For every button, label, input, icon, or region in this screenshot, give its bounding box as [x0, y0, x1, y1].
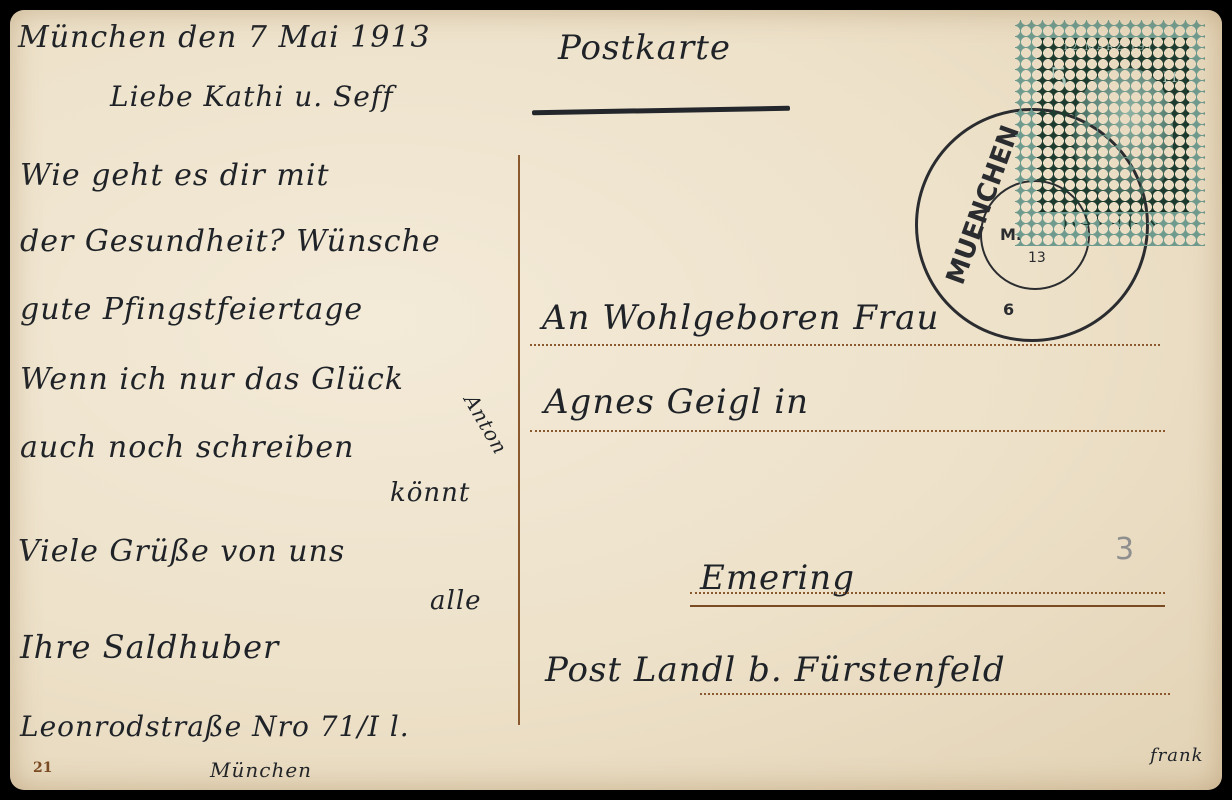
- header-underline: [532, 106, 790, 116]
- pencil-note: 3: [1115, 532, 1134, 567]
- stamp-date-text: 12 MÄRZ 1911: [1039, 42, 1187, 53]
- stamp-unit: Pf.: [1162, 70, 1181, 86]
- message-line-date: München den 7 Mai 1913: [18, 20, 431, 55]
- address-dotted-line: [690, 592, 1165, 594]
- message-line: könnt: [390, 478, 470, 508]
- sender-city: München: [210, 758, 312, 782]
- postcard: München den 7 Mai 1913 Liebe Kathi u. Se…: [10, 10, 1222, 790]
- address-line-4: Post Landl b. Fürstenfeld: [545, 650, 1006, 690]
- margin-note: Anton: [459, 390, 512, 459]
- corner-note: frank: [1150, 745, 1204, 766]
- sender-address: Leonrodstraße Nro 71/I l.: [20, 710, 410, 743]
- address-dotted-line: [530, 430, 1165, 432]
- stamp-country: BAYERN: [1037, 210, 1187, 234]
- message-line: Wenn ich nur das Glück: [20, 362, 404, 397]
- stamp-value: 5: [1049, 62, 1068, 97]
- postmark-day: 13: [1028, 250, 1046, 266]
- address-line-1: An Wohlgeboren Frau: [542, 298, 939, 338]
- message-line: Wie geht es dir mit: [20, 158, 330, 193]
- address-line-2: Agnes Geigl in: [544, 382, 809, 422]
- stamp-frame: 12 MÄRZ 1911 5 Pf.: [1037, 38, 1189, 212]
- address-dotted-line: [530, 344, 1160, 346]
- message-line: der Gesundheit? Wünsche: [20, 224, 441, 259]
- message-line: alle: [430, 586, 482, 616]
- message-line: auch noch schreiben: [20, 430, 354, 465]
- postmark-mark: 6: [1003, 300, 1014, 319]
- address-dotted-line: [700, 693, 1170, 695]
- message-line: Liebe Kathi u. Seff: [110, 80, 394, 113]
- signature: Ihre Saldhuber: [20, 628, 279, 666]
- message-line: Viele Grüße von uns: [18, 534, 345, 569]
- stamp-portrait-icon: [1073, 68, 1173, 198]
- center-divider: [518, 155, 520, 725]
- postkarte-label: Postkarte: [558, 28, 731, 68]
- message-line: gute Pfingstfeiertage: [20, 292, 363, 327]
- postage-stamp: 12 MÄRZ 1911 5 Pf. BAYERN: [1015, 20, 1205, 246]
- printed-card-number: 21: [33, 760, 52, 776]
- address-solid-line: [690, 605, 1165, 607]
